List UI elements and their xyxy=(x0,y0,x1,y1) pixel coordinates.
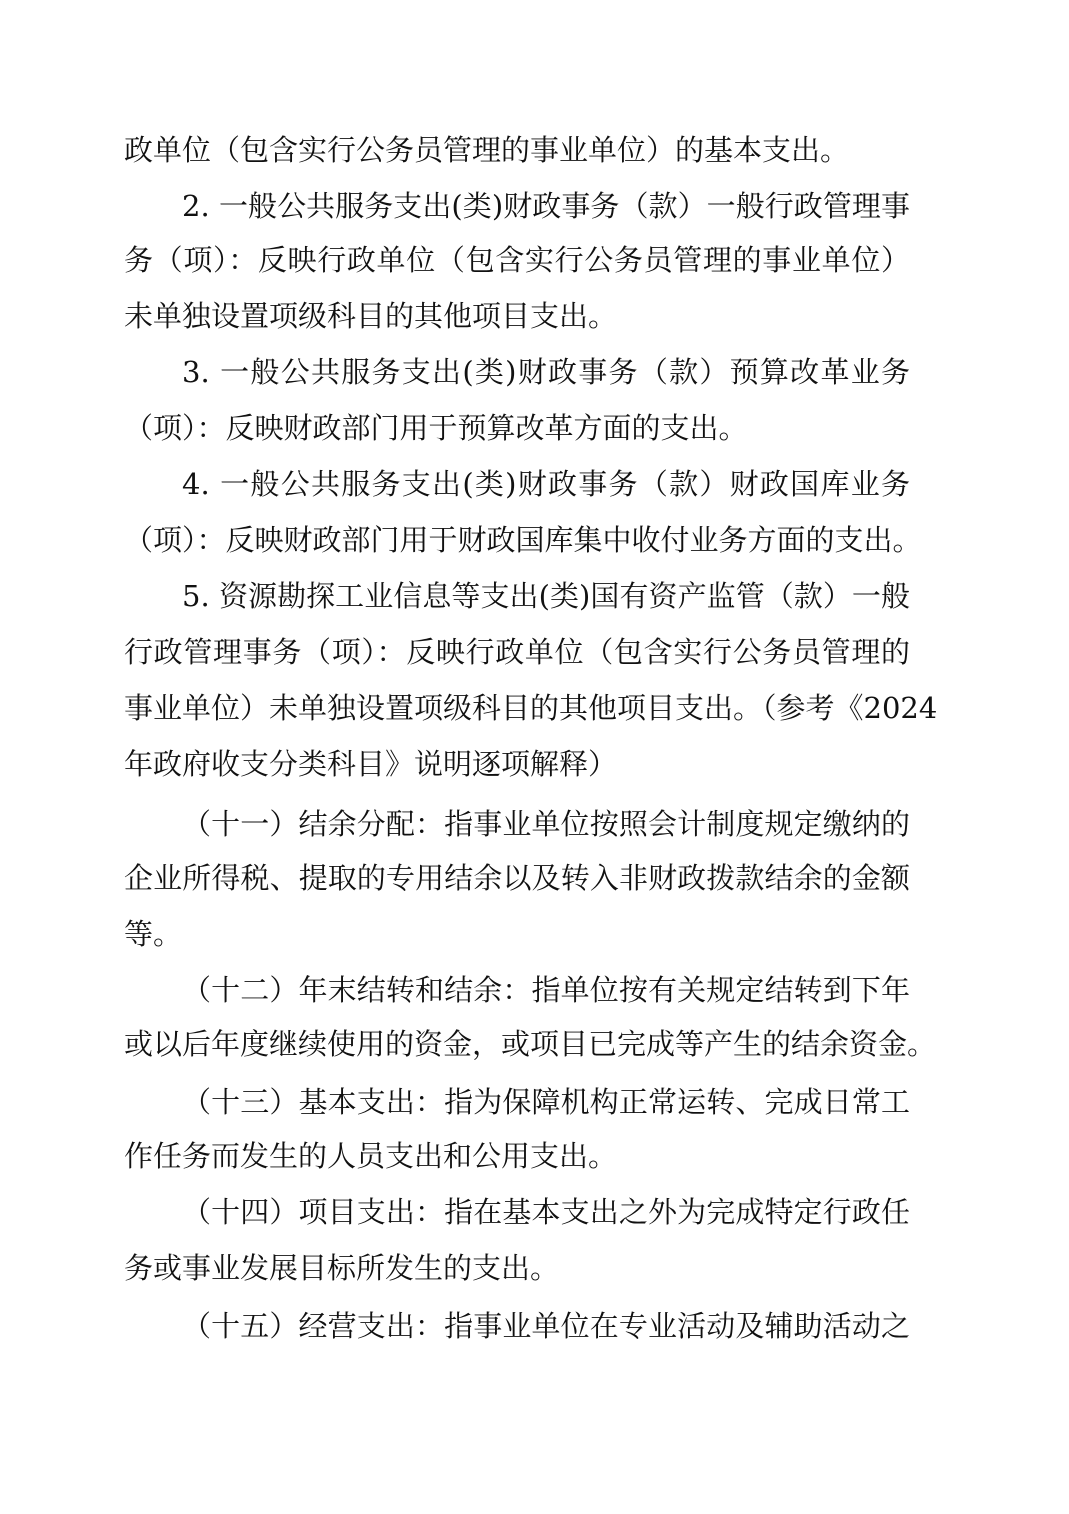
text-line: 事业单位）未单独设置项级科目的其他项目支出。（参考《2024 xyxy=(124,688,910,728)
text-line: 企业所得税、提取的专用结余以及转入非财政拨款结余的金额 xyxy=(124,858,910,898)
text-line: 务或事业发展目标所发生的支出。 xyxy=(124,1248,910,1288)
item-4-heading: 4. 一般公共服务支出(类)财政事务（款）财政国库业务 xyxy=(182,464,910,504)
section-14-heading: （十四）项目支出：指在基本支出之外为完成特定行政任 xyxy=(182,1192,910,1232)
text-line: 未单独设置项级科目的其他项目支出。 xyxy=(124,296,910,336)
section-12-heading: （十二）年末结转和结余：指单位按有关规定结转到下年 xyxy=(182,970,910,1010)
text-line: 作任务而发生的人员支出和公用支出。 xyxy=(124,1136,910,1176)
section-15-heading: （十五）经营支出：指事业单位在专业活动及辅助活动之 xyxy=(182,1306,910,1346)
item-2-heading: 2. 一般公共服务支出(类)财政事务（款）一般行政管理事 xyxy=(182,186,910,226)
item-5-heading: 5. 资源勘探工业信息等支出(类)国有资产监管（款）一般 xyxy=(182,576,910,616)
item-3-heading: 3. 一般公共服务支出(类)财政事务（款）预算改革业务 xyxy=(182,352,910,392)
text-line: 等。 xyxy=(124,914,910,954)
text-line: （项）：反映财政部门用于预算改革方面的支出。 xyxy=(124,408,910,448)
text-line: 行政管理事务（项）：反映行政单位（包含实行公务员管理的 xyxy=(124,632,910,672)
text-line: 务（项）：反映行政单位（包含实行公务员管理的事业单位） xyxy=(124,240,910,280)
section-11-heading: （十一）结余分配：指事业单位按照会计制度规定缴纳的 xyxy=(182,804,910,844)
document-page: 政单位（包含实行公务员管理的事业单位）的基本支出。 2. 一般公共服务支出(类)… xyxy=(0,0,1069,1514)
text-line: 或以后年度继续使用的资金，或项目已完成等产生的结余资金。 xyxy=(124,1024,910,1064)
section-13-heading: （十三）基本支出：指为保障机构正常运转、完成日常工 xyxy=(182,1082,910,1122)
text-line: 年政府收支分类科目》说明逐项解释） xyxy=(124,744,910,784)
text-line: （项）：反映财政部门用于财政国库集中收付业务方面的支出。 xyxy=(124,520,910,560)
text-line: 政单位（包含实行公务员管理的事业单位）的基本支出。 xyxy=(124,130,910,170)
